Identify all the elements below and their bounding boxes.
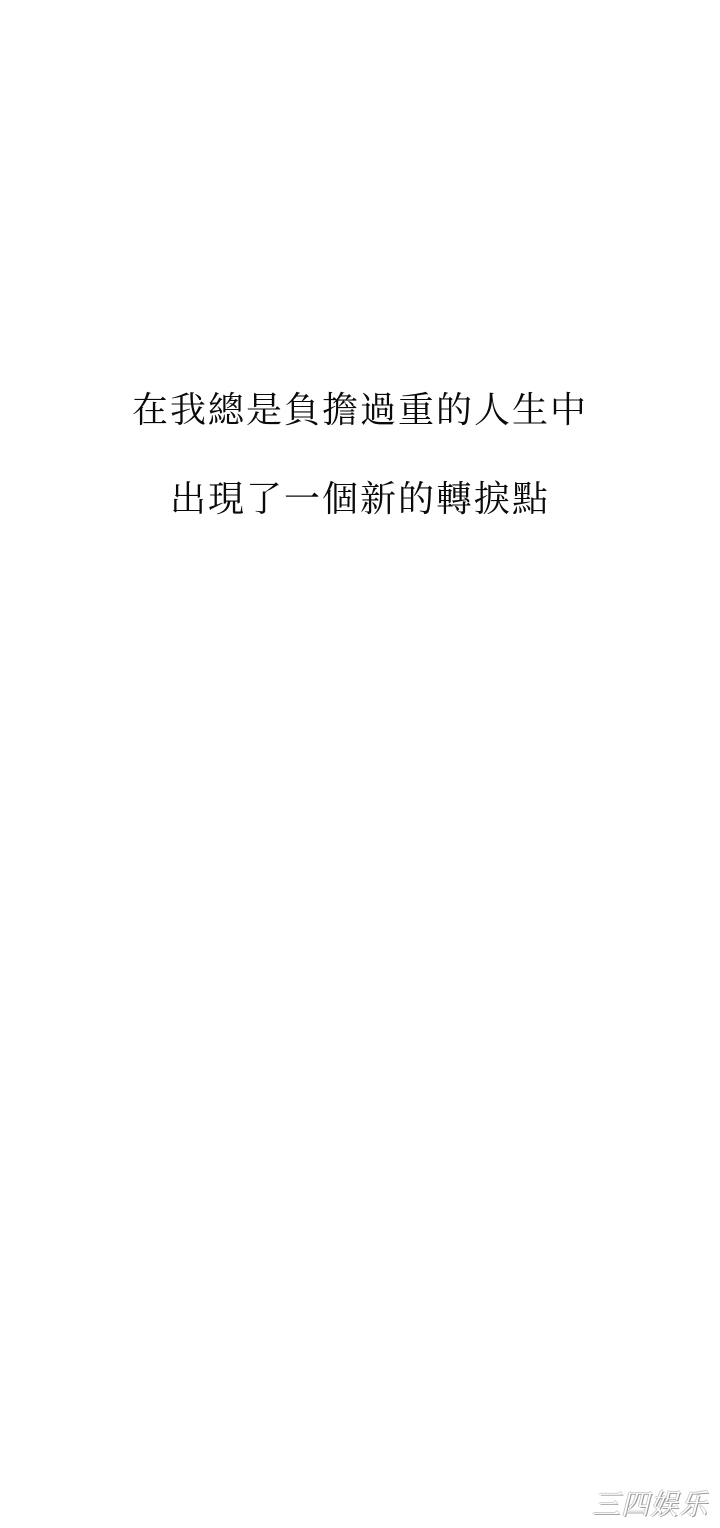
- watermark-logo: 三四娱乐: [592, 1488, 708, 1522]
- comic-panel: 在我總是負擔過重的人生中 出現了一個新的轉捩點 三四娱乐: [0, 0, 720, 1528]
- caption-line-2: 出現了一個新的轉捩點: [0, 478, 720, 522]
- caption-line-1: 在我總是負擔過重的人生中: [0, 389, 720, 433]
